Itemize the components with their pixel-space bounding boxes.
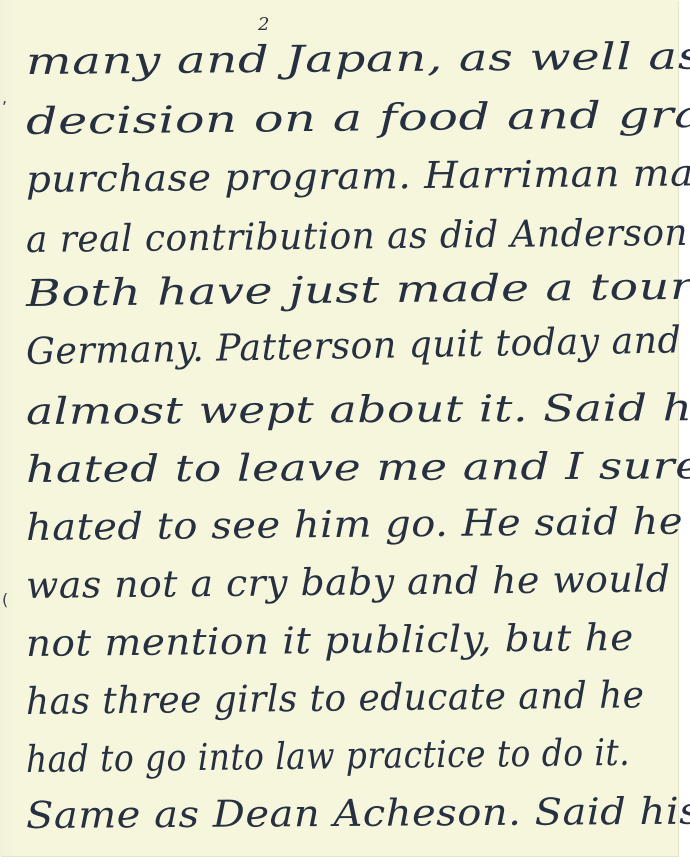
handwritten-line: almost wept about it. Said he: [26, 386, 690, 433]
handwritten-line: had to go into law practice to do it.: [26, 731, 630, 781]
handwritten-line: Same as Dean Acheson. Said his: [26, 790, 690, 837]
handwritten-line: decision on a food and grain: [26, 92, 690, 143]
handwritten-line: not mention it publicly, but he: [26, 616, 634, 665]
margin-mark: (: [2, 590, 8, 609]
margin-mark: ,: [2, 88, 7, 107]
handwritten-line: has three girls to educate and he: [26, 673, 645, 723]
handwritten-line: hated to leave me and I sure: [26, 444, 690, 491]
handwritten-line: Both have just made a tour of: [26, 264, 690, 315]
handwritten-line: many and Japan, as well as a: [26, 34, 690, 83]
handwritten-line: a real contribution as did Anderson.: [26, 211, 690, 261]
handwritten-line: hated to see him go. He said he: [26, 500, 683, 549]
handwritten-line: purchase program. Harriman made: [26, 151, 690, 201]
handwritten-line: Germany. Patterson quit today and: [26, 318, 682, 373]
page-number: 2: [258, 14, 269, 35]
handwritten-line: was not a cry baby and he would: [26, 557, 671, 607]
letter-page: 2 , ( many and Japan, as well as a decis…: [0, 0, 678, 856]
